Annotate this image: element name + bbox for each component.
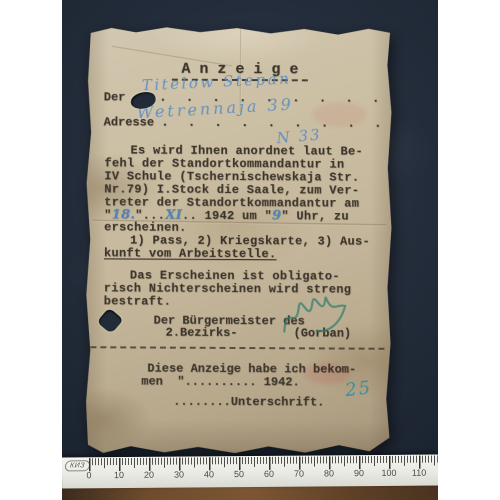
underlined-fragment: kunft vom Arbeitstelle. bbox=[104, 247, 277, 262]
ruler-number: 70 bbox=[294, 469, 304, 479]
ruler-number: 10 bbox=[114, 470, 124, 480]
ruler: КИЗ 0102030405060708090100110120 bbox=[62, 455, 438, 489]
ruler-number: 100 bbox=[381, 468, 396, 478]
signature-blank-line: ........Unterschrift. bbox=[173, 395, 324, 410]
signer-district-line: 2.Bezirks- bbox=[165, 326, 237, 340]
handwritten-number-25: 25 bbox=[344, 377, 373, 401]
acknowledgement-date-line: men ".......... 1942. bbox=[141, 374, 300, 389]
field-label-adresse: Adresse bbox=[104, 115, 154, 129]
ruler-number: 20 bbox=[144, 470, 154, 480]
ruler-number: 40 bbox=[204, 469, 214, 479]
field-adresse: Adresse. . . . . . . . . . . . . bbox=[104, 114, 438, 131]
ruler-number: 110 bbox=[412, 468, 426, 478]
signature-scribble bbox=[272, 277, 362, 347]
handwritten-hour: 9 bbox=[272, 208, 281, 223]
typed-fragment: " Uhr, zu bbox=[281, 209, 349, 223]
paper-hole bbox=[97, 307, 124, 334]
paper-sheet: Anzeige Titelow Stepan Der. . . . . . . … bbox=[85, 25, 393, 455]
listing-canvas: Anzeige Titelow Stepan Der. . . . . . . … bbox=[0, 0, 500, 500]
typed-line: kunft vom Arbeitstelle. bbox=[104, 248, 384, 262]
ruler-number: 60 bbox=[264, 469, 274, 479]
photo-of-document: Anzeige Titelow Stepan Der. . . . . . . … bbox=[62, 0, 438, 500]
ruler-number: 80 bbox=[324, 468, 334, 478]
ruler-number: 50 bbox=[234, 469, 244, 479]
ruler-numbers: 0102030405060708090100110120 bbox=[62, 468, 438, 485]
tear-off-divider bbox=[90, 346, 384, 350]
ruler-number: 90 bbox=[354, 468, 364, 478]
ruler-number: 30 bbox=[174, 470, 184, 480]
field-label-der: Der bbox=[104, 90, 126, 104]
ruler-number: 0 bbox=[86, 470, 91, 480]
typed-fragment: .. 1942 um " bbox=[182, 208, 272, 222]
document-paper: Anzeige Titelow Stepan Der. . . . . . . … bbox=[85, 25, 393, 455]
